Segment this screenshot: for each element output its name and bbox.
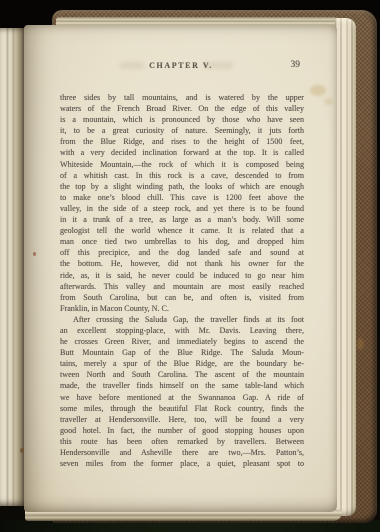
text-line: Whiteside Mountain,—the rock of which it… [60,159,304,170]
text-line: geologist tell the world whence it came.… [60,225,304,236]
page-header: CHAPTER V. 39 [60,61,302,73]
ink-speck [33,252,36,256]
text-line: man once tied two umbrellas to his dog, … [60,236,304,247]
text-line: good hotel. In fact, the number of good … [60,425,304,436]
foxing-stain [357,338,364,350]
body-text: three sides by tall mountains, and is wa… [60,92,304,469]
book-photo: CHAPTER V. 39 three sides by tall mounta… [0,0,380,532]
text-line: waters of the French Broad River. On the… [60,103,304,114]
text-line: to make one’s blood chill. This cave is … [60,192,304,203]
page-edges-right [335,18,356,516]
text-line: After crossing the Saluda Gap, the trave… [60,314,304,325]
text-line: the bottom. He, however, did not thank h… [60,258,304,269]
text-line: we have before mentioned at the Swannano… [60,392,304,403]
text-line: seven miles from the former place, a qui… [60,458,304,469]
foxing-stain [310,85,326,96]
text-line: this route has been often remarked by tr… [60,436,304,447]
text-line: Butt Mountain Gap of the Blue Ridge. The… [60,347,304,358]
text-line: an excellent stopping-place, with Mr. Da… [60,325,304,336]
ink-speck [20,448,24,453]
text-line: tween North and South Carolina. The asce… [60,369,304,380]
text-line: with a very decided inclination forward … [60,147,304,158]
chapter-heading: CHAPTER V. [60,61,302,70]
text-line: valley, in the side of a steep rock, and… [60,203,304,214]
text-line: off this precipice, and the dog landed s… [60,247,304,258]
text-line: it, to be a great curiosity of nature. S… [60,125,304,136]
text-line: traveller at Hendersonville. Here, too, … [60,414,304,425]
text-line: Franklin, in Macon County, N. C. [60,303,304,314]
text-line: ride, as, it is said, he never could be … [60,270,304,281]
text-line: in it a trunk of a tree, as large as a m… [60,214,304,225]
text-line: from the Blue Ridge, and rises to the he… [60,136,304,147]
text-line: made, the traveller finds himself on the… [60,380,304,391]
text-line: afterwards. This valley and mountain are… [60,281,304,292]
text-line: from South Carolina, but can be, and oft… [60,292,304,303]
text-line: tains, merely a spur of the Blue Ridge, … [60,358,304,369]
text-line: three sides by tall mountains, and is wa… [60,92,304,103]
facing-page-edge [0,28,25,506]
text-line: of a whitish cast. In this rock is a cav… [60,170,304,181]
text-line: some miles, through the beautiful Flat R… [60,403,304,414]
text-line: the top by a slight winding path, the lo… [60,181,304,192]
text-line: is a mountain, which is pronounced by th… [60,114,304,125]
text-line: he crosses Green River, and immediately … [60,336,304,347]
book-page: CHAPTER V. 39 three sides by tall mounta… [24,25,337,512]
text-line: Hendersonville and Asheville there are t… [60,447,304,458]
page-number: 39 [291,60,301,70]
foxing-stain [324,98,333,105]
